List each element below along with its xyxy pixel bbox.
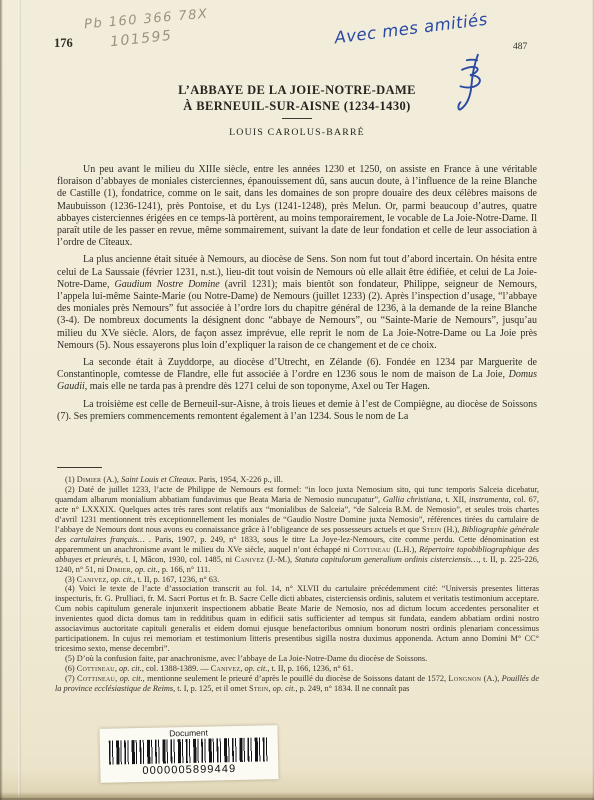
page-number-right: 487 bbox=[513, 42, 527, 52]
article-body: Un peu avant le milieu du XIIIe siècle, … bbox=[57, 164, 537, 428]
barcode-number: 0000005899449 bbox=[100, 761, 278, 779]
title-divider bbox=[282, 118, 312, 119]
body-paragraph: La seconde était à Zuyddorpe, au diocèse… bbox=[57, 357, 537, 394]
article-title-line1: L’ABBAYE DE LA JOIE-NOTRE-DAME bbox=[0, 82, 594, 98]
footnote: (5) D’où la confusion faite, par anachro… bbox=[55, 654, 539, 664]
page-number-left: 176 bbox=[54, 36, 73, 51]
ink-dedication-handwriting: Avec mes amitiés bbox=[333, 10, 488, 48]
footnote: (7) Cottineau, op. cit., mentionne seule… bbox=[55, 674, 539, 694]
article-title: L’ABBAYE DE LA JOIE-NOTRE-DAME À BERNEUI… bbox=[0, 82, 594, 114]
page-bottom-edge bbox=[0, 792, 594, 800]
footnote: (1) Dimier (A.), Saint Louis et Cîteaux.… bbox=[55, 475, 539, 485]
scanned-page: Pb 160 366 78X 101595 176 487 Avec mes a… bbox=[0, 0, 594, 800]
barcode-bars-icon bbox=[109, 737, 269, 764]
body-paragraph: Un peu avant le milieu du XIIIe siècle, … bbox=[57, 164, 537, 249]
article-title-line2: À BERNEUIL-SUR-AISNE (1234-1430) bbox=[0, 98, 594, 114]
footnotes-block: (1) Dimier (A.), Saint Louis et Cîteaux.… bbox=[55, 475, 539, 694]
barcode-sticker: Document 0000005899449 bbox=[99, 725, 278, 783]
author-name: LOUIS CAROLUS-BARRÉ bbox=[0, 127, 594, 138]
footnote: (3) Canivez, op. cit., t. II, p. 167, 12… bbox=[55, 575, 539, 585]
footnote-divider bbox=[57, 467, 102, 468]
page-crease bbox=[18, 0, 21, 800]
pencil-annotation-line1: Pb 160 366 78X bbox=[84, 7, 209, 33]
body-paragraph: La plus ancienne était située à Nemours,… bbox=[57, 254, 537, 352]
body-paragraph: La troisième est celle de Berneuil-sur-A… bbox=[57, 399, 537, 423]
footnote: (2) Daté de juillet 1233, l’acte de Phil… bbox=[55, 485, 539, 575]
pencil-annotation-line2: 101595 bbox=[109, 28, 173, 50]
footnote: (4) Voici le texte de l’acte d’associati… bbox=[55, 584, 539, 654]
footnote: (6) Cottineau, op. cit., col. 1388-1389.… bbox=[55, 664, 539, 674]
